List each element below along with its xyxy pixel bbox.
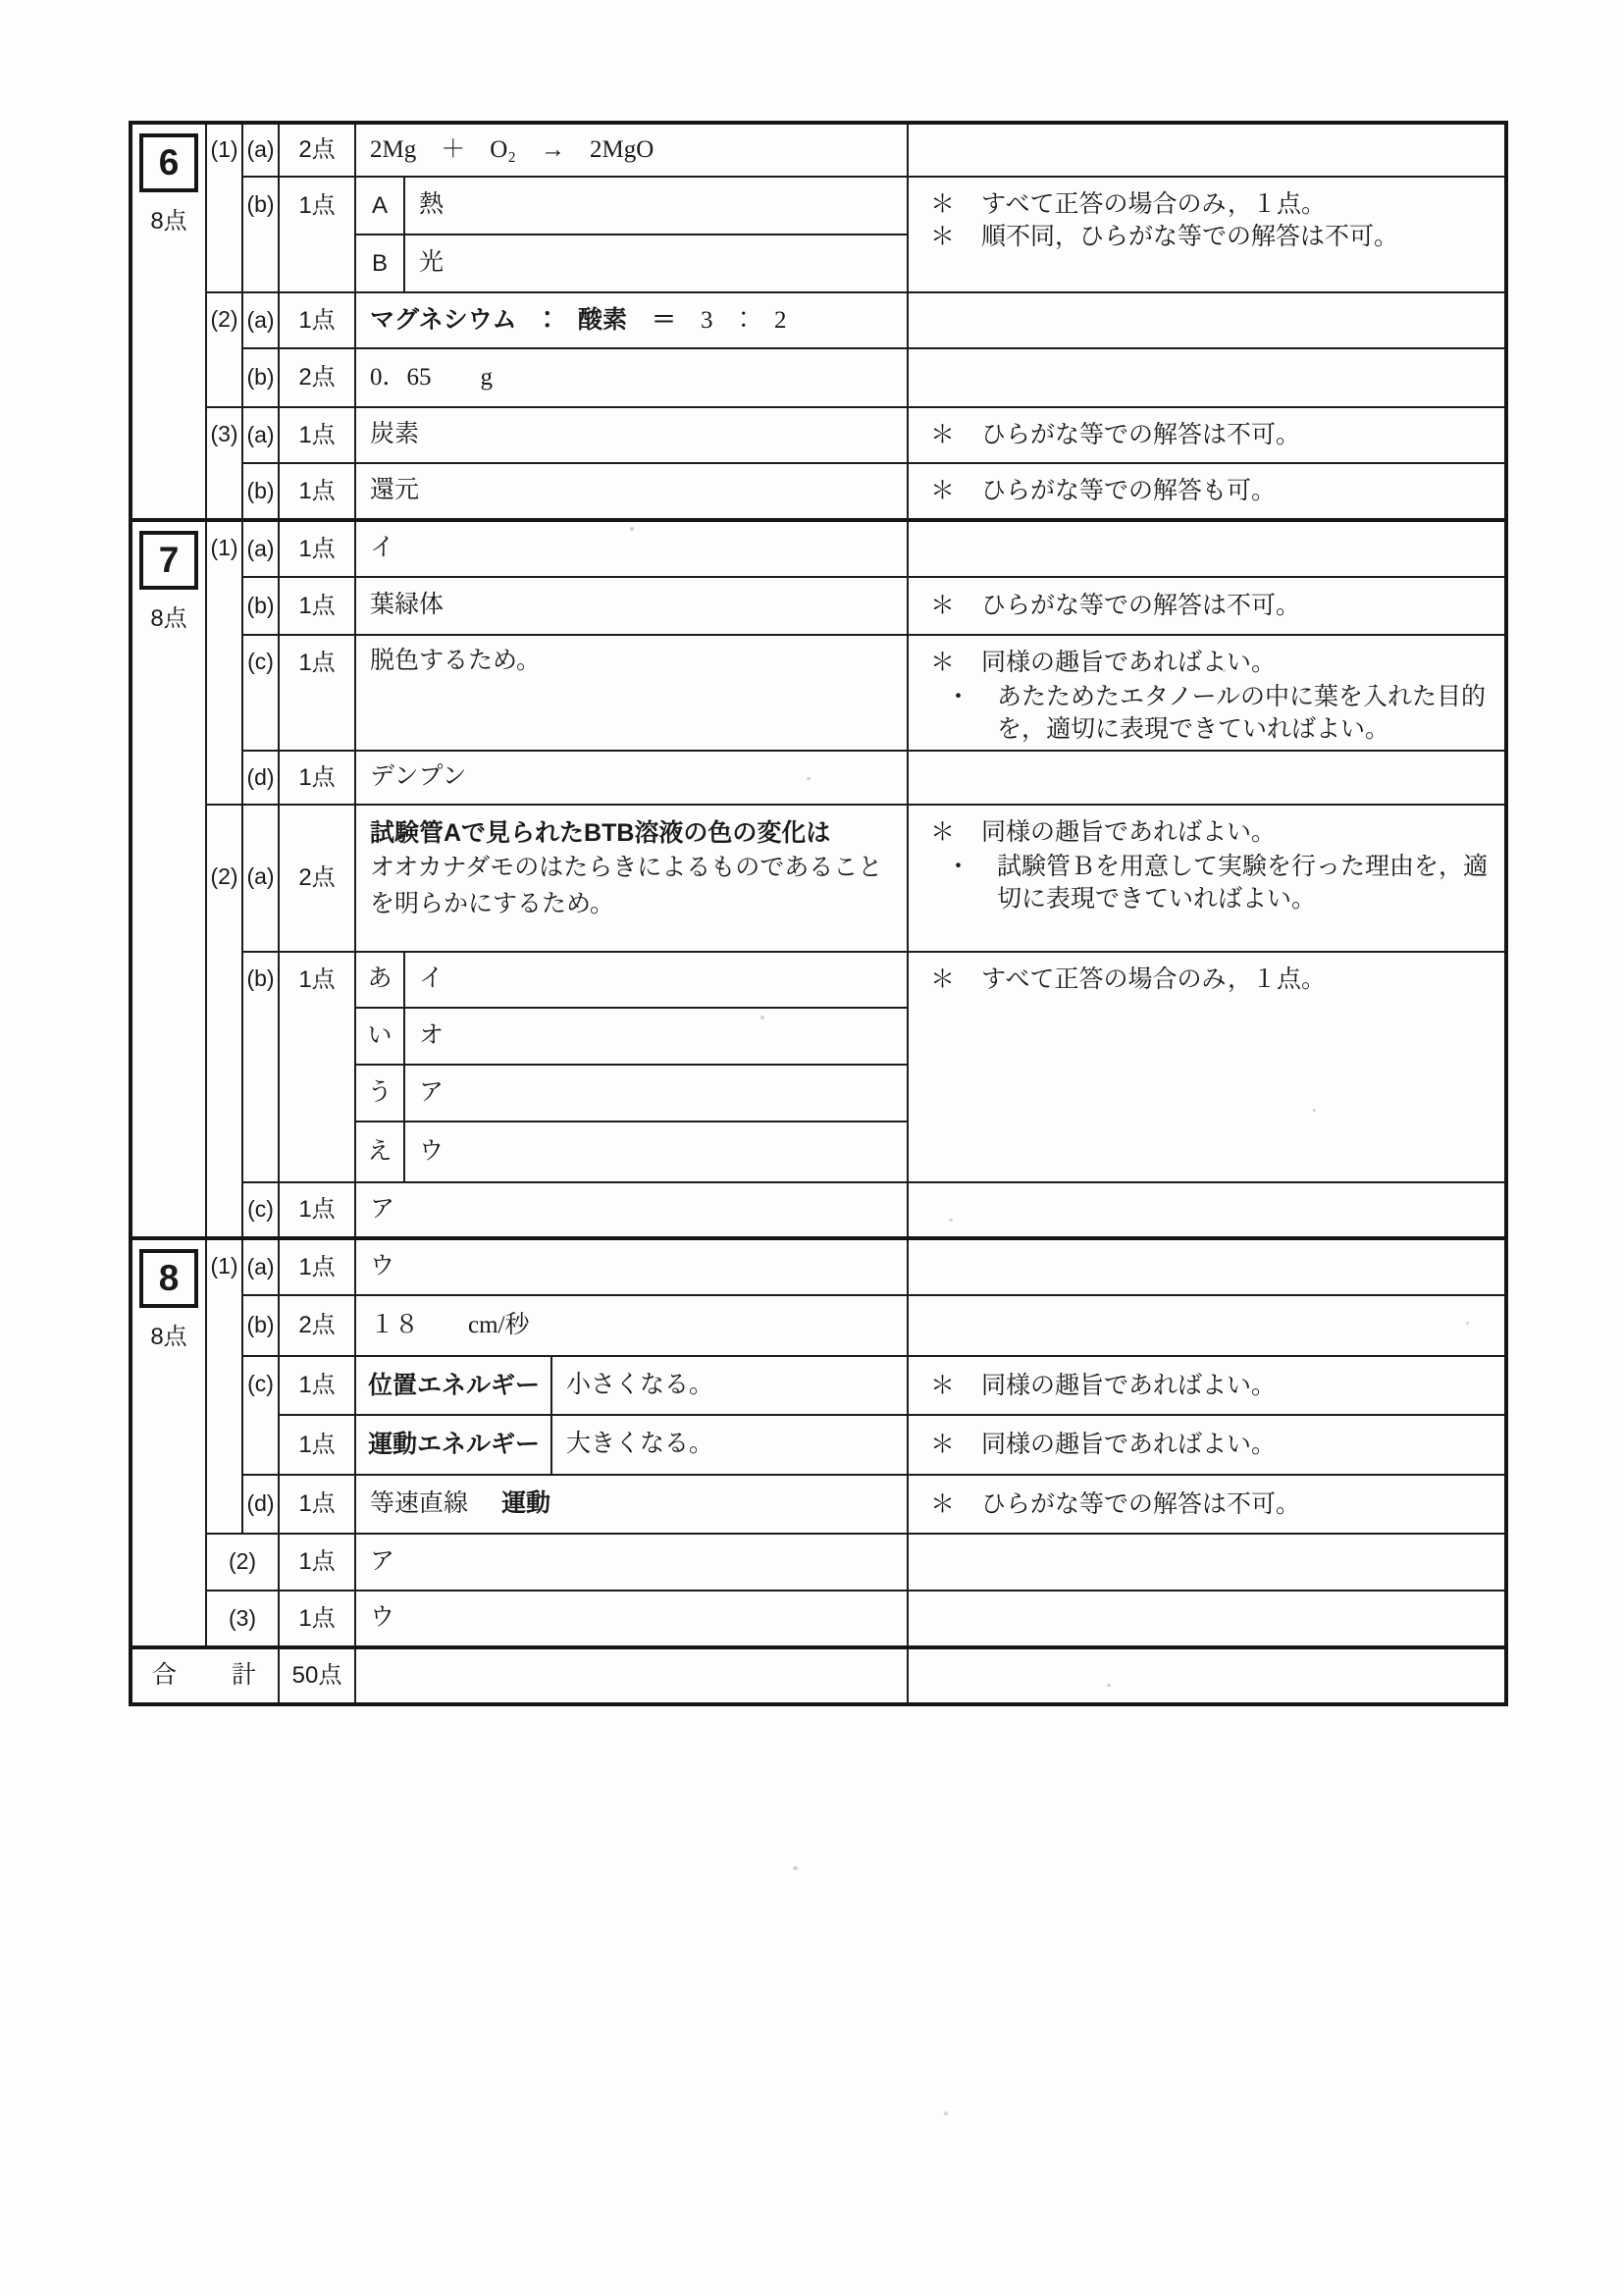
scan-speck [1313, 1109, 1316, 1112]
note-line: ＊ ひらがな等での解答は不可。 [930, 419, 1496, 451]
note-text: ひらがな等での解答は不可。 [981, 419, 1496, 451]
answer-text-bold: 運動 [501, 1489, 550, 1517]
table-row: (c) 1点 位置エネルギー 小さくなる。 ＊ 同様の趣旨であればよい。 [131, 1356, 1506, 1415]
scan-speck [760, 1016, 764, 1019]
answer-key-table: 6 8点 (1) (a) 2点 2Mg ＋ O₂ → 2MgO (b) 1点 A… [129, 121, 1508, 1706]
note-text: すべて正答の場合のみ，１点。 [981, 188, 1496, 221]
letter-cell: (a) [242, 407, 279, 463]
answer-text: ア [370, 1548, 394, 1575]
table-row: (b) 1点 あ イ ＊ すべて正答の場合のみ，１点。 [131, 952, 1506, 1008]
letter-cell: (b) [242, 952, 279, 1182]
asterisk-marker: ＊ [930, 188, 981, 221]
answer-text: イ [419, 965, 444, 992]
note-text: ひらがな等での解答も可。 [981, 475, 1496, 507]
table-row: 8 8点 (1) (a) 1点 ウ [131, 1238, 1506, 1295]
points-cell: 1点 [279, 463, 355, 520]
table-row: (b) 1点 葉緑体 ＊ ひらがな等での解答は不可。 [131, 577, 1506, 635]
answer-key-cell: B [355, 235, 404, 292]
note-cell [908, 1238, 1506, 1295]
answer-key-cell: う [355, 1065, 404, 1122]
letter-cell: (b) [242, 348, 279, 407]
letter-cell: (c) [242, 1182, 279, 1238]
asterisk-marker: ＊ [930, 964, 981, 996]
answer-text: 小さくなる。 [566, 1372, 713, 1398]
points-cell: 1点 [279, 577, 355, 635]
note-text: あたためたエタノールの中に葉を入れた目的を，適切に表現できていればよい。 [997, 681, 1496, 746]
points-cell: 2点 [279, 348, 355, 407]
points-cell: 1点 [279, 751, 355, 805]
answer-text: 光 [419, 249, 444, 276]
question-number-cell: 6 8点 [131, 123, 206, 520]
bullet-marker: ・ [946, 851, 997, 915]
asterisk-marker: ＊ [930, 590, 981, 622]
group-cell: (3) [206, 1591, 279, 1647]
table-row: 6 8点 (1) (a) 2点 2Mg ＋ O₂ → 2MgO [131, 123, 1506, 177]
answer-text: ア [419, 1079, 444, 1106]
note-cell: ＊ 同様の趣旨であればよい。 ・ 試験管Ｂを用意して実験を行った理由を，適切に表… [908, 805, 1506, 952]
asterisk-marker: ＊ [930, 1429, 981, 1461]
answer-text: 0．65 g [370, 364, 493, 391]
scan-speck [807, 777, 811, 780]
answer-text: ア [370, 1196, 394, 1223]
letter-cell: (a) [242, 292, 279, 348]
answer-cell: ウ [355, 1238, 908, 1295]
group-cell: (3) [206, 407, 242, 520]
answer-value-cell: ア [404, 1065, 908, 1122]
answer-key-cell: い [355, 1008, 404, 1065]
points-cell: 1点 [279, 1182, 355, 1238]
note-line: ＊ 順不同，ひらがな等での解答は不可。 [930, 221, 1496, 253]
asterisk-marker: ＊ [930, 1488, 981, 1521]
answer-text-bold: マグネシウム ： 酸素 ＝ [370, 306, 676, 334]
points-cell: 1点 [279, 1356, 355, 1415]
note-line: ・ 試験管Ｂを用意して実験を行った理由を，適切に表現できていればよい。 [930, 851, 1496, 915]
question-score: 8点 [132, 206, 205, 236]
note-cell [908, 123, 1506, 177]
answer-cell: ア [355, 1182, 908, 1238]
points-cell: 1点 [279, 635, 355, 751]
asterisk-marker: ＊ [930, 419, 981, 451]
question-number-box: 7 [139, 531, 198, 590]
scan-speck [1107, 1684, 1111, 1687]
answer-cell: 脱色するため。 [355, 635, 908, 751]
answer-text: ウ [370, 1604, 394, 1631]
answer-text: 還元 [370, 477, 419, 503]
answer-text: オオカナダモのはたらきによるものであること [370, 851, 901, 886]
note-cell: ＊ ひらがな等での解答は不可。 [908, 577, 1506, 635]
table-row: (c) 1点 ア [131, 1182, 1506, 1238]
note-line: ＊ すべて正答の場合のみ，１点。 [930, 964, 1496, 996]
letter-cell: (c) [242, 635, 279, 751]
table-row: (2) 1点 ア [131, 1534, 1506, 1591]
answer-cell [355, 1647, 908, 1704]
letter-cell: (d) [242, 751, 279, 805]
note-line: ＊ 同様の趣旨であればよい。 [930, 1370, 1496, 1402]
points-cell: 1点 [279, 952, 355, 1182]
answer-cell: 0．65 g [355, 348, 908, 407]
answer-cell: １８ cm/秒 [355, 1295, 908, 1356]
answer-cell: 試験管Aで見られたBTB溶液の色の変化は オオカナダモのはたらきによるものである… [355, 805, 908, 952]
asterisk-marker: ＊ [930, 221, 981, 253]
note-cell [908, 348, 1506, 407]
group-cell: (1) [206, 1238, 242, 1534]
scan-speck [630, 527, 634, 531]
answer-key-cell: え [355, 1122, 404, 1182]
letter-cell: (a) [242, 1238, 279, 1295]
answer-key-cell: あ [355, 952, 404, 1008]
answer-value-cell: 光 [404, 235, 908, 292]
note-line: ＊ ひらがな等での解答も可。 [930, 475, 1496, 507]
answer-text: 等速直線 [370, 1490, 468, 1517]
note-line: ＊ 同様の趣旨であればよい。 [930, 647, 1496, 679]
table-row: (2) (a) 2点 試験管Aで見られたBTB溶液の色の変化は オオカナダモのは… [131, 805, 1506, 952]
note-cell: ＊ 同様の趣旨であればよい。 ・ あたためたエタノールの中に葉を入れた目的を，適… [908, 635, 1506, 751]
answer-text: 葉緑体 [370, 592, 444, 618]
table-row: (b) 2点 １８ cm/秒 [131, 1295, 1506, 1356]
letter-cell: (b) [242, 177, 279, 292]
note-cell [908, 1591, 1506, 1647]
note-cell: ＊ ひらがな等での解答も可。 [908, 463, 1506, 520]
note-text: 同様の趣旨であればよい。 [981, 816, 1496, 849]
points-cell: 1点 [279, 292, 355, 348]
note-cell [908, 1647, 1506, 1704]
points-cell: 1点 [279, 1534, 355, 1591]
answer-cell: ウ [355, 1591, 908, 1647]
points-cell: 1点 [279, 177, 355, 292]
total-label-cell: 合 計 [131, 1647, 279, 1704]
points-cell: 2点 [279, 123, 355, 177]
points-cell: 2点 [279, 805, 355, 952]
answer-text: 熱 [419, 191, 444, 218]
answer-value-cell: イ [404, 952, 908, 1008]
letter-cell: (b) [242, 577, 279, 635]
note-cell [908, 1534, 1506, 1591]
note-cell [908, 1182, 1506, 1238]
letter-cell: (a) [242, 520, 279, 577]
answer-cell: 炭素 [355, 407, 908, 463]
table-row: 7 8点 (1) (a) 1点 イ [131, 520, 1506, 577]
scan-speck [944, 2112, 948, 2115]
total-points-cell: 50点 [279, 1647, 355, 1704]
points-cell: 2点 [279, 1295, 355, 1356]
answer-cell: デンプン [355, 751, 908, 805]
answer-text: イ [370, 535, 394, 561]
answer-cell: 葉緑体 [355, 577, 908, 635]
note-text: ひらがな等での解答は不可。 [981, 1488, 1496, 1521]
answer-text: 脱色するため。 [370, 648, 541, 674]
points-cell: 1点 [279, 1415, 355, 1475]
asterisk-marker: ＊ [930, 647, 981, 679]
note-text: 同様の趣旨であればよい。 [981, 1429, 1496, 1461]
answer-key-cell: A [355, 177, 404, 235]
letter-cell: (b) [242, 1295, 279, 1356]
note-line: ＊ ひらがな等での解答は不可。 [930, 1488, 1496, 1521]
answer-text: 3 ： 2 [676, 307, 787, 334]
letter-cell: (a) [242, 805, 279, 952]
letter-cell: (c) [242, 1356, 279, 1475]
asterisk-marker: ＊ [930, 1370, 981, 1402]
question-score: 8点 [132, 603, 205, 634]
group-cell: (2) [206, 292, 242, 407]
points-cell: 1点 [279, 1475, 355, 1534]
table-row: (b) 1点 A 熱 ＊ すべて正答の場合のみ，１点。 ＊ 順不同，ひらがな等で… [131, 177, 1506, 235]
table-row: (b) 2点 0．65 g [131, 348, 1506, 407]
note-cell [908, 1295, 1506, 1356]
points-cell: 1点 [279, 1238, 355, 1295]
group-cell: (2) [206, 1534, 279, 1591]
table-row: (c) 1点 脱色するため。 ＊ 同様の趣旨であればよい。 ・ あたためたエタノ… [131, 635, 1506, 751]
scan-speck [793, 1866, 798, 1870]
scanned-page: { "page": { "note_marker": "＊", "bullet_… [0, 0, 1623, 2296]
note-text: 試験管Ｂを用意して実験を行った理由を，適切に表現できていればよい。 [997, 851, 1496, 915]
group-cell: (1) [206, 520, 242, 805]
answer-text: を明らかにするため。 [370, 887, 901, 922]
note-text: 同様の趣旨であればよい。 [981, 647, 1496, 679]
question-number-box: 6 [139, 133, 198, 192]
note-cell: ＊ すべて正答の場合のみ，１点。 [908, 952, 1506, 1182]
points-cell: 1点 [279, 407, 355, 463]
note-line: ＊ すべて正答の場合のみ，１点。 [930, 188, 1496, 221]
table-row: (d) 1点 デンプン [131, 751, 1506, 805]
table-row: (b) 1点 還元 ＊ ひらがな等での解答も可。 [131, 463, 1506, 520]
answer-text: ウ [419, 1138, 444, 1165]
note-cell: ＊ ひらがな等での解答は不可。 [908, 1475, 1506, 1534]
energy-label-cell: 運動エネルギー [355, 1415, 551, 1475]
table-row: (d) 1点 等速直線運動 ＊ ひらがな等での解答は不可。 [131, 1475, 1506, 1534]
answer-text: 大きくなる。 [566, 1431, 713, 1457]
answer-value-cell: ウ [404, 1122, 908, 1182]
answer-text: デンプン [370, 763, 467, 790]
table-row: 1点 運動エネルギー 大きくなる。 ＊ 同様の趣旨であればよい。 [131, 1415, 1506, 1475]
letter-cell: (a) [242, 123, 279, 177]
asterisk-marker: ＊ [930, 475, 981, 507]
note-cell [908, 520, 1506, 577]
answer-value-cell: 熱 [404, 177, 908, 235]
letter-cell: (d) [242, 1475, 279, 1534]
note-cell: ＊ ひらがな等での解答は不可。 [908, 407, 1506, 463]
points-cell: 1点 [279, 520, 355, 577]
answer-text: ウ [370, 1253, 394, 1279]
answer-cell: ア [355, 1534, 908, 1591]
answer-cell: 小さくなる。 [551, 1356, 908, 1415]
table-row: 合 計 50点 [131, 1647, 1506, 1704]
note-line: ・ あたためたエタノールの中に葉を入れた目的を，適切に表現できていればよい。 [930, 681, 1496, 746]
note-cell [908, 751, 1506, 805]
question-number-cell: 7 8点 [131, 520, 206, 1238]
bullet-marker: ・ [946, 681, 997, 746]
letter-cell: (b) [242, 463, 279, 520]
answer-text: オ [419, 1022, 444, 1049]
energy-label-cell: 位置エネルギー [355, 1356, 551, 1415]
group-cell: (2) [206, 805, 242, 1238]
question-score: 8点 [132, 1322, 205, 1352]
note-text: 同様の趣旨であればよい。 [981, 1370, 1496, 1402]
answer-text: １８ cm/秒 [370, 1312, 530, 1338]
answer-cell: 大きくなる。 [551, 1415, 908, 1475]
note-line: ＊ 同様の趣旨であればよい。 [930, 1429, 1496, 1461]
note-cell: ＊ 同様の趣旨であればよい。 [908, 1356, 1506, 1415]
note-cell: ＊ 同様の趣旨であればよい。 [908, 1415, 1506, 1475]
answer-text: 炭素 [370, 421, 419, 447]
note-line: ＊ 同様の趣旨であればよい。 [930, 816, 1496, 849]
question-number-box: 8 [139, 1249, 198, 1308]
scan-speck [1466, 1322, 1469, 1325]
answer-text-bold: 試験管Aで見られたBTB溶液の色の変化は [370, 815, 901, 851]
answer-cell: 還元 [355, 463, 908, 520]
scan-speck [1223, 669, 1226, 672]
note-text: すべて正答の場合のみ，１点。 [981, 964, 1496, 996]
asterisk-marker: ＊ [930, 816, 981, 849]
table-row: (2) (a) 1点 マグネシウム ： 酸素 ＝ 3 ： 2 [131, 292, 1506, 348]
answer-value-cell: オ [404, 1008, 908, 1065]
note-text: 順不同，ひらがな等での解答は不可。 [981, 221, 1496, 253]
table-row: (3) 1点 ウ [131, 1591, 1506, 1647]
note-cell [908, 292, 1506, 348]
note-line: ＊ ひらがな等での解答は不可。 [930, 590, 1496, 622]
group-cell: (1) [206, 123, 242, 292]
answer-cell: マグネシウム ： 酸素 ＝ 3 ： 2 [355, 292, 908, 348]
scan-speck [949, 1219, 953, 1222]
note-cell: ＊ すべて正答の場合のみ，１点。 ＊ 順不同，ひらがな等での解答は不可。 [908, 177, 1506, 292]
table-row: (3) (a) 1点 炭素 ＊ ひらがな等での解答は不可。 [131, 407, 1506, 463]
note-text: ひらがな等での解答は不可。 [981, 590, 1496, 622]
question-number-cell: 8 8点 [131, 1238, 206, 1647]
answer-cell: 等速直線運動 [355, 1475, 908, 1534]
points-cell: 1点 [279, 1591, 355, 1647]
answer-cell: 2Mg ＋ O₂ → 2MgO [355, 123, 908, 177]
answer-text: 2Mg ＋ O₂ → 2MgO [370, 136, 654, 163]
